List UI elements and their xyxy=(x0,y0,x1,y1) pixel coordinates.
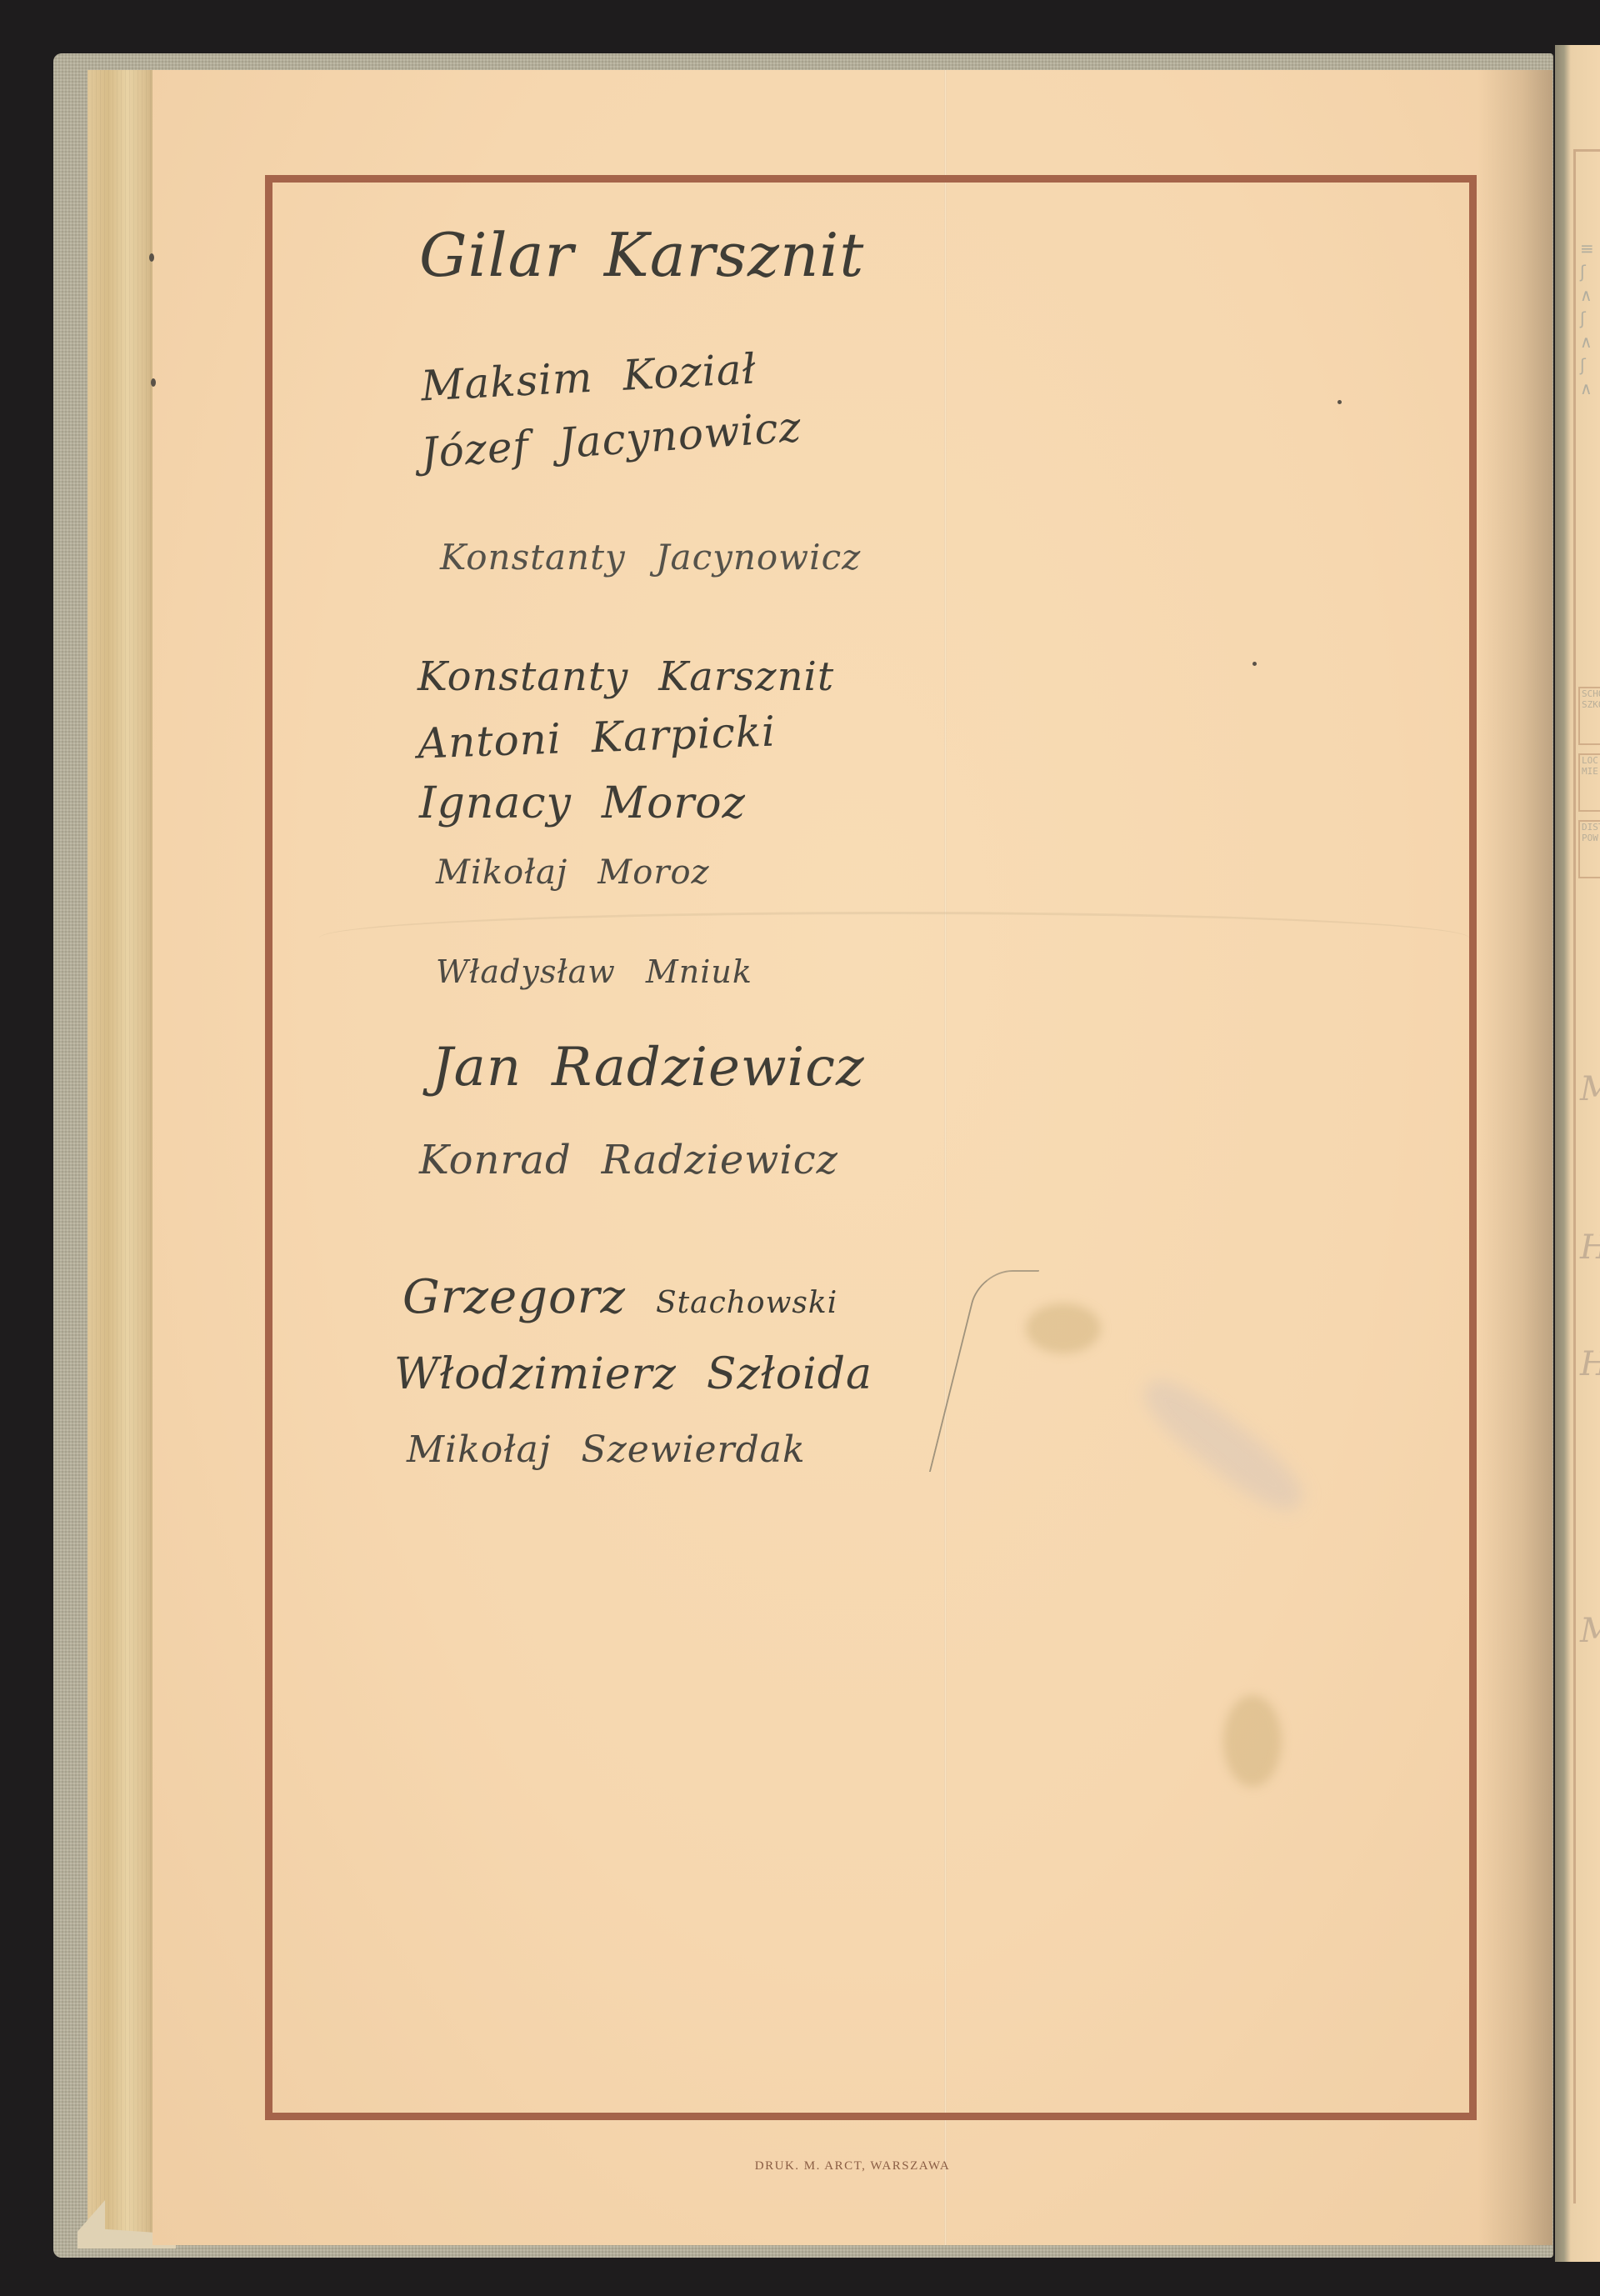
adjacent-page-box-3: DIST POW xyxy=(1578,820,1600,878)
page-edges xyxy=(87,70,154,2245)
signature-entry: MikołajSzewierdak xyxy=(407,1428,806,1471)
adjacent-page-sliver: ≡ʃ∧ʃ∧ʃ∧ SCHO SZKO LOC MIE DIST POW M H H… xyxy=(1555,45,1600,2262)
document-page: GilarKarsznit MaksimKoział JózefJacynowi… xyxy=(152,70,1552,2245)
signature-entry: MikołajMoroz xyxy=(436,853,710,892)
signature-entry: JanRadziewicz xyxy=(432,1037,865,1098)
signature-entry: KonstantyJacynowicz xyxy=(440,537,861,578)
signature-entry: MaksimKoział xyxy=(420,344,757,410)
adjacent-page-border xyxy=(1573,149,1600,2203)
signature-entry: GrzegorzStachowski xyxy=(402,1270,837,1324)
adjacent-page-box-2: LOC MIE xyxy=(1578,753,1600,812)
signature-entry: GilarKarsznit xyxy=(419,220,864,290)
signature-list: GilarKarsznit MaksimKoział JózefJacynowi… xyxy=(152,70,1552,2245)
signature-entry: KonradRadziewicz xyxy=(419,1137,838,1183)
signature-entry: WłodzimierzSzłoida xyxy=(394,1349,872,1399)
adjacent-page-handwriting: M xyxy=(1580,1070,1600,1108)
adjacent-page-box-1: SCHO SZKO xyxy=(1578,687,1600,745)
adjacent-page-handwriting: H xyxy=(1580,1228,1600,1267)
adjacent-page-ornament: ≡ʃ∧ʃ∧ʃ∧ xyxy=(1580,237,1600,400)
signature-entry: AntoniKarpicki xyxy=(417,708,777,768)
signature-entry: JózefJacynowicz xyxy=(420,403,803,478)
adjacent-page-handwriting: M xyxy=(1580,1612,1600,1650)
printer-imprint: DRUK. M. ARCT, WARSZAWA xyxy=(152,2159,1552,2173)
signature-entry: IgnacyMoroz xyxy=(419,778,746,828)
signature-entry: KonstantyKarsznit xyxy=(417,653,834,700)
adjacent-page-handwriting: H xyxy=(1580,1345,1600,1383)
signature-entry: WładysławMniuk xyxy=(436,953,752,990)
